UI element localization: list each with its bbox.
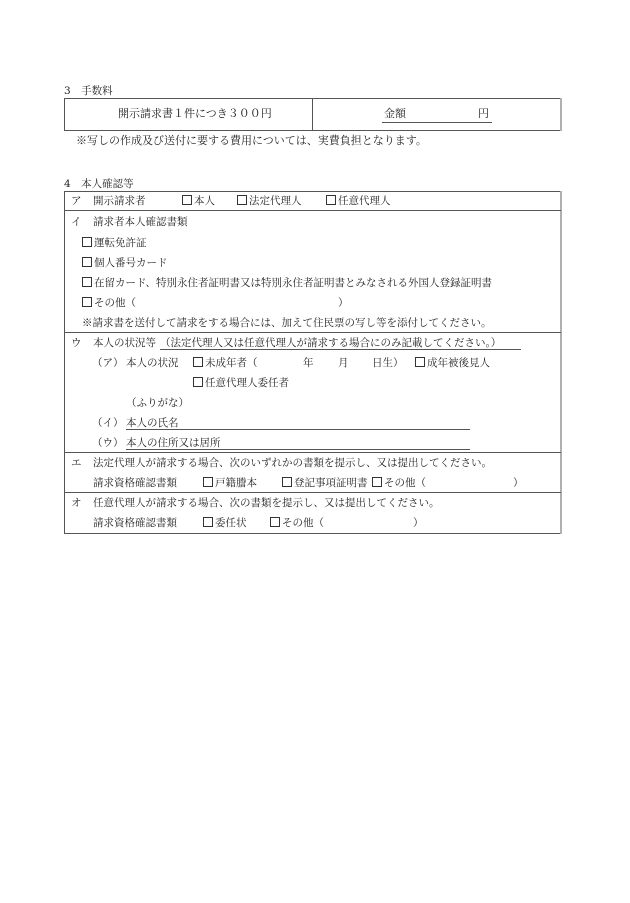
checkbox-icon [82, 277, 92, 287]
checkbox-icon [182, 195, 192, 205]
checkbox-legal-other[interactable]: その他（ [372, 476, 426, 490]
checkbox-icon [237, 195, 247, 205]
birth-day-label: 日生） [372, 356, 404, 370]
legal-doc-label: 請求資格確認書類 [93, 476, 177, 490]
identity-table-shadow [560, 191, 562, 534]
checkbox-legal-agent[interactable]: 法定代理人 [237, 194, 302, 208]
birth-year-label: 年 [303, 356, 314, 370]
fee-table-shadow [560, 98, 562, 131]
checkbox-delegator[interactable]: 任意代理人委任者 [193, 376, 289, 390]
checkbox-drivers-license[interactable]: 運転免許証 [82, 236, 147, 250]
fee-per-request: 開示請求書１件につき３００円 [118, 107, 272, 121]
person-status-note: （法定代理人又は任意代理人が請求する場合にのみ記載してください。） [160, 336, 501, 350]
checkbox-self[interactable]: 本人 [182, 194, 215, 208]
checkbox-power-of-attorney[interactable]: 委任状 [203, 516, 247, 530]
other-id-close: ） [338, 296, 349, 310]
id-docs-label: 請求者本人確認書類 [93, 215, 188, 229]
status-label: 本人の状況 [126, 356, 179, 370]
checkbox-icon [82, 297, 92, 307]
section4-heading: 4 本人確認等 [64, 177, 134, 191]
address-label: 本人の住所又は居所 [126, 436, 221, 450]
address-input-line[interactable] [126, 449, 470, 450]
voluntary-doc-label: 請求資格確認書類 [93, 516, 177, 530]
legal-other-close: ） [513, 476, 524, 490]
row-divider [64, 210, 561, 211]
legal-agent-instruction: 法定代理人が請求する場合、次のいずれかの書類を提示し、又は提出してください。 [93, 456, 492, 470]
checkbox-icon [203, 517, 213, 527]
checkbox-icon [82, 237, 92, 247]
checkbox-icon [372, 477, 382, 487]
furigana-label: （ふりがな） [126, 396, 189, 410]
checkbox-residence-card[interactable]: 在留カード、特別永住者証明書又は特別永住者証明書とみなされる外国人登録証明書 [82, 276, 492, 290]
checkbox-icon [82, 257, 92, 267]
amount-input-line[interactable] [382, 122, 492, 123]
checkbox-icon [326, 195, 336, 205]
row-divider [64, 452, 561, 453]
requester-label: 開示請求者 [93, 194, 146, 208]
checkbox-icon [270, 517, 280, 527]
row-a-marker: ア [71, 194, 82, 208]
fee-table-divider [312, 98, 313, 131]
row-u-marker: ウ [71, 336, 82, 350]
status-marker: （ア） [92, 356, 124, 370]
checkbox-family-register[interactable]: 戸籍謄本 [203, 476, 257, 490]
name-marker: （イ） [92, 416, 124, 430]
person-status-label: 本人の状況等 [93, 336, 156, 350]
checkbox-icon [193, 357, 203, 367]
birth-month-label: 月 [338, 356, 349, 370]
checkbox-icon [203, 477, 213, 487]
row-divider [64, 332, 561, 333]
checkbox-my-number-card[interactable]: 個人番号カード [82, 256, 168, 270]
mail-request-note: ※請求書を送付して請求をする場合には、加えて住民票の写し等を添付してください。 [82, 316, 492, 330]
checkbox-icon [193, 377, 203, 387]
checkbox-icon [282, 477, 292, 487]
amount-unit: 円 [478, 107, 489, 121]
name-input-line[interactable] [126, 429, 470, 430]
note-underline [160, 349, 521, 350]
checkbox-registry-certificate[interactable]: 登記事項証明書 [282, 476, 368, 490]
checkbox-adult-ward[interactable]: 成年被後見人 [415, 356, 490, 370]
amount-label: 金額 [384, 107, 406, 121]
checkbox-voluntary-agent[interactable]: 任意代理人 [326, 194, 391, 208]
name-label: 本人の氏名 [126, 416, 179, 430]
row-o-marker: オ [71, 496, 82, 510]
address-marker: （ウ） [92, 436, 124, 450]
section3-heading: 3 手数料 [64, 84, 113, 98]
fee-note: ※写しの作成及び送付に要する費用については、実費負担となります。 [76, 134, 427, 148]
row-divider [64, 492, 561, 493]
checkbox-other-id[interactable]: その他（ [82, 296, 136, 310]
voluntary-agent-instruction: 任意代理人が請求する場合、次の書類を提示し、又は提出してください。 [93, 496, 440, 510]
checkbox-minor[interactable]: 未成年者（ [193, 356, 258, 370]
voluntary-other-close: ） [413, 516, 424, 530]
checkbox-voluntary-other[interactable]: その他（ [270, 516, 324, 530]
row-e-marker: エ [71, 456, 82, 470]
checkbox-icon [415, 357, 425, 367]
row-i-marker: イ [71, 215, 82, 229]
